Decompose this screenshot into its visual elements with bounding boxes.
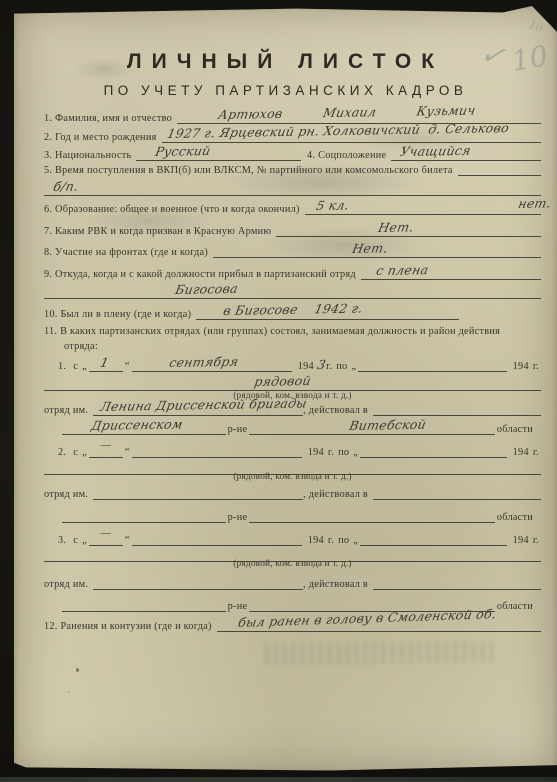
form-text: “	[123, 361, 132, 372]
handwritten-unit: Ленина Дриссенской бригады	[99, 395, 308, 414]
form-line-role: рядовой	[44, 373, 541, 391]
form-line-region: Витебской	[249, 417, 495, 435]
form-text-oblast: области	[495, 601, 535, 612]
field-label-birth: 2. Год и место рождения	[44, 132, 162, 143]
handwritten-role: рядовой	[253, 373, 312, 389]
handwritten-district: Дриссенском	[90, 416, 184, 433]
form-line: Нет.	[276, 219, 541, 237]
form-line: Учащийся	[391, 143, 541, 161]
form-line-district	[62, 594, 226, 612]
form-line	[358, 354, 506, 372]
form-line: Нет.	[213, 240, 541, 258]
page-subtitle: ПО УЧЕТУ ПАРТИЗАНСКИХ КАДРОВ	[14, 83, 557, 98]
handwritten-name: Артюхов Михаил Кузьмич	[217, 103, 477, 122]
handwritten-arrival: с плена	[375, 262, 430, 278]
printed-dash: —	[101, 440, 112, 451]
form-text-oblast: области	[495, 512, 535, 523]
field-label-arrival: 9. Откуда, когда и с какой должности при…	[44, 269, 361, 280]
handwritten-captivity: в Бигосове 1942 г.	[222, 301, 364, 318]
form-line: с плена	[361, 262, 541, 280]
handwritten-fronts: Нет.	[351, 240, 389, 256]
field-label-units-2: отряда:	[64, 341, 103, 352]
form-text-rne: р-не	[226, 512, 250, 523]
form-text: с	[71, 361, 80, 372]
form-line: б/п.	[44, 178, 541, 196]
handwritten-party: б/п.	[52, 179, 80, 194]
form-line-day: 1	[89, 354, 123, 372]
form-line: 1927 г. Ярцевский рн. Холковичский д. Се…	[162, 125, 541, 143]
form-text-otryad: отряд им.	[44, 579, 93, 590]
page-title: ЛИЧНЫЙ ЛИСТОК	[14, 50, 557, 74]
field-label-surname: 1. Фамилия, имя и отчество	[44, 113, 177, 124]
field-label-rvk: 7. Каким РВК и когда призван в Красную А…	[44, 226, 276, 237]
handwritten-education: 5 кл.	[315, 197, 351, 213]
form-text: 194	[507, 361, 531, 372]
form-text-otryad: отряд им.	[44, 489, 93, 500]
handwritten-nationality: Русский	[154, 143, 212, 159]
form-line	[373, 482, 541, 500]
form-line	[458, 161, 541, 176]
form-line-month	[132, 440, 302, 458]
form-text-rne: р-не	[226, 601, 250, 612]
form-line-district	[62, 505, 226, 523]
field-label-party: 5. Время поступления в ВКП(б) или ВЛКСМ,…	[44, 165, 458, 176]
scan-background: ✓ 10 10 ЛИЧНЫЙ ЛИСТОК ПО УЧЕТУ ПАРТИЗАНС…	[0, 0, 557, 782]
form-text: по	[334, 361, 349, 372]
handwritten-social: Учащийся	[399, 143, 472, 159]
handwritten-education-note: нет.	[517, 195, 553, 211]
field-label-captivity: 10. Был ли в плену (где и когда)	[44, 309, 196, 320]
form-line-month: сентября	[132, 354, 292, 372]
form-line	[373, 572, 541, 590]
form-text-deistvoval: , действовал в	[303, 489, 373, 500]
form-text-deistvoval: , действовал в	[303, 405, 373, 416]
role-hint: (рядовой, ком. взвода и т. д.)	[233, 472, 351, 482]
form-text-deistvoval: , действовал в	[303, 579, 373, 590]
handwritten-arrival-2: Бигосова	[174, 281, 239, 297]
field-label-fronts: 8. Участие на фронтах (где и когда)	[44, 247, 213, 258]
form-line	[360, 440, 507, 458]
form-line-day: —	[89, 440, 123, 458]
field-label-wounds: 12. Ранения и контузии (где и когда)	[44, 621, 217, 632]
handwritten-day: 1	[99, 355, 110, 370]
form-text-otryad: отряд им.	[44, 405, 93, 416]
field-label-units: 11. В каких партизанских отрядах (или гр…	[44, 326, 505, 337]
form-text-oblast: области	[495, 424, 535, 435]
form-line: 5 кл. нет.	[305, 197, 541, 215]
block-number: 1.	[58, 361, 71, 372]
pencil-corner-number: 10	[527, 18, 544, 35]
role-hint: (рядовой, ком. взвода и т. д.)	[233, 559, 351, 569]
form-text: „	[349, 361, 358, 372]
handwritten-month: сентября	[168, 354, 240, 370]
field-label-social: 4. Соцположение	[301, 150, 391, 161]
form-line-region	[249, 505, 495, 523]
printed-dash: —	[101, 528, 112, 539]
form-text: „	[80, 361, 89, 372]
handwritten-rvk: Нет.	[377, 219, 415, 235]
form-text: г.	[531, 361, 541, 372]
form-text: 194	[292, 361, 316, 372]
paper-speck	[76, 668, 79, 672]
form-line-unit	[93, 482, 303, 500]
form-line	[373, 398, 541, 416]
form-line: был ранен в голову в Смоленской об.	[217, 614, 541, 632]
bleed-through-text	[264, 641, 494, 665]
field-label-education: 6. Образование: общее и военное (что и к…	[44, 204, 305, 215]
form-line-unit: Ленина Дриссенской бригады	[93, 398, 303, 416]
form-line-district: Дриссенском	[62, 417, 226, 435]
form-line: Русский	[136, 143, 301, 161]
field-label-nationality: 3. Национальность	[44, 150, 136, 161]
form-line: Бигосова	[44, 281, 541, 299]
document-paper: ✓ 10 10 ЛИЧНЫЙ ЛИСТОК ПО УЧЕТУ ПАРТИЗАНС…	[14, 6, 557, 772]
form-line: в Бигосове 1942 г.	[196, 302, 459, 320]
form-line-unit	[93, 572, 303, 590]
handwritten-region: Витебской	[348, 417, 428, 433]
form-text-rne: р-не	[226, 424, 250, 435]
